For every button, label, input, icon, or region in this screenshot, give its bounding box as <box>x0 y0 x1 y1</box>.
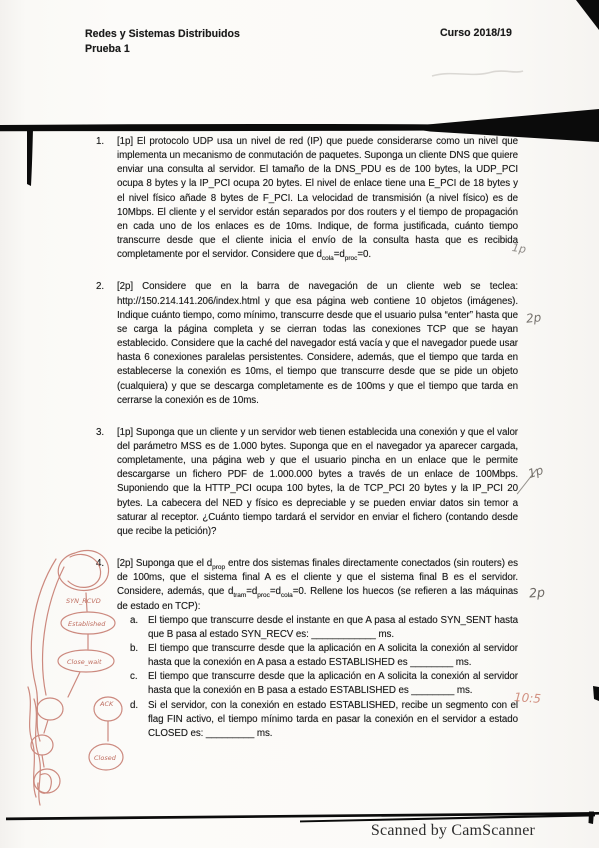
grader-mark-q1: 1p <box>511 241 527 256</box>
scan-bottom-hook <box>589 812 595 825</box>
question-2: 2. [2p] Considere que en la barra de nav… <box>96 280 518 407</box>
subitem-d: d. Si el servidor, con la conexión en es… <box>117 699 518 741</box>
scanned-exam-page: Redes y Sistemas Distribuidos Prueba 1 C… <box>0 0 599 848</box>
diagram-label-established: Established <box>68 620 106 628</box>
subitem-letter: c. <box>130 670 148 698</box>
grader-mark-score: 10:5 <box>514 690 542 706</box>
diagram-label-close-wait: Close_wait <box>67 658 102 666</box>
question-number: 2. <box>96 280 117 407</box>
course-title: Redes y Sistemas Distribuidos <box>85 27 240 42</box>
diagram-label-closed: Closed <box>94 754 117 762</box>
exam-header: Redes y Sistemas Distribuidos Prueba 1 <box>85 27 240 57</box>
question-text: [1p] Suponga que un cliente y un servido… <box>117 426 518 539</box>
grader-mark-q4: 2p <box>528 584 545 600</box>
diagram-label-syn-rcvd: SYN_RCVD <box>66 597 101 605</box>
question-3: 3. [1p] Suponga que un cliente y un serv… <box>96 426 518 539</box>
subitem-letter: d. <box>130 699 148 741</box>
question-4: 4. [2p] Suponga que el dprop entre dos s… <box>96 557 518 741</box>
subitem-text: El tiempo que transcurre desde que la ap… <box>148 642 518 670</box>
subitem-a: a. El tiempo que transcurre desde el ins… <box>117 614 518 642</box>
subitem-b: b. El tiempo que transcurre desde que la… <box>117 642 518 670</box>
question-1: 1. [1p] El protocolo UDP usa un nivel de… <box>96 135 518 262</box>
subitem-c: c. El tiempo que transcurre desde que la… <box>117 670 518 698</box>
grader-mark-q2: 2p <box>525 310 542 326</box>
question-text: [1p] El protocolo UDP usa un nivel de re… <box>117 135 518 262</box>
subitem-letter: a. <box>130 614 148 642</box>
subitem-letter: b. <box>130 642 148 670</box>
handwritten-state-diagram: SYN_RCVD Established Close_wait ACK Clos… <box>20 537 132 817</box>
question-text: [2p] Considere que en la barra de navega… <box>117 280 518 407</box>
question-number: 1. <box>96 135 117 262</box>
camscanner-watermark: Scanned by CamScanner <box>343 822 563 840</box>
question-text: [2p] Suponga que el dprop entre dos sist… <box>117 557 518 614</box>
subitem-text: Si el servidor, con la conexión en estad… <box>148 699 518 741</box>
course-term: Curso 2018/19 <box>440 27 512 39</box>
scan-corner-mark <box>576 0 599 30</box>
subitem-text: El tiempo que transcurre desde el instan… <box>148 614 518 642</box>
question-number: 3. <box>96 426 117 539</box>
scan-left-edge-mark <box>27 128 33 186</box>
exam-title: Prueba 1 <box>85 42 240 57</box>
scan-right-edge-mark <box>593 686 599 701</box>
subitem-text: El tiempo que transcurre desde que la ap… <box>148 670 518 698</box>
scan-fold-bar <box>0 124 445 131</box>
diagram-label-ack: ACK <box>99 700 114 708</box>
question-4-subitems: a. El tiempo que transcurre desde el ins… <box>117 614 518 741</box>
questions-list: 1. [1p] El protocolo UDP usa un nivel de… <box>96 135 518 759</box>
scan-smudge <box>430 66 525 80</box>
